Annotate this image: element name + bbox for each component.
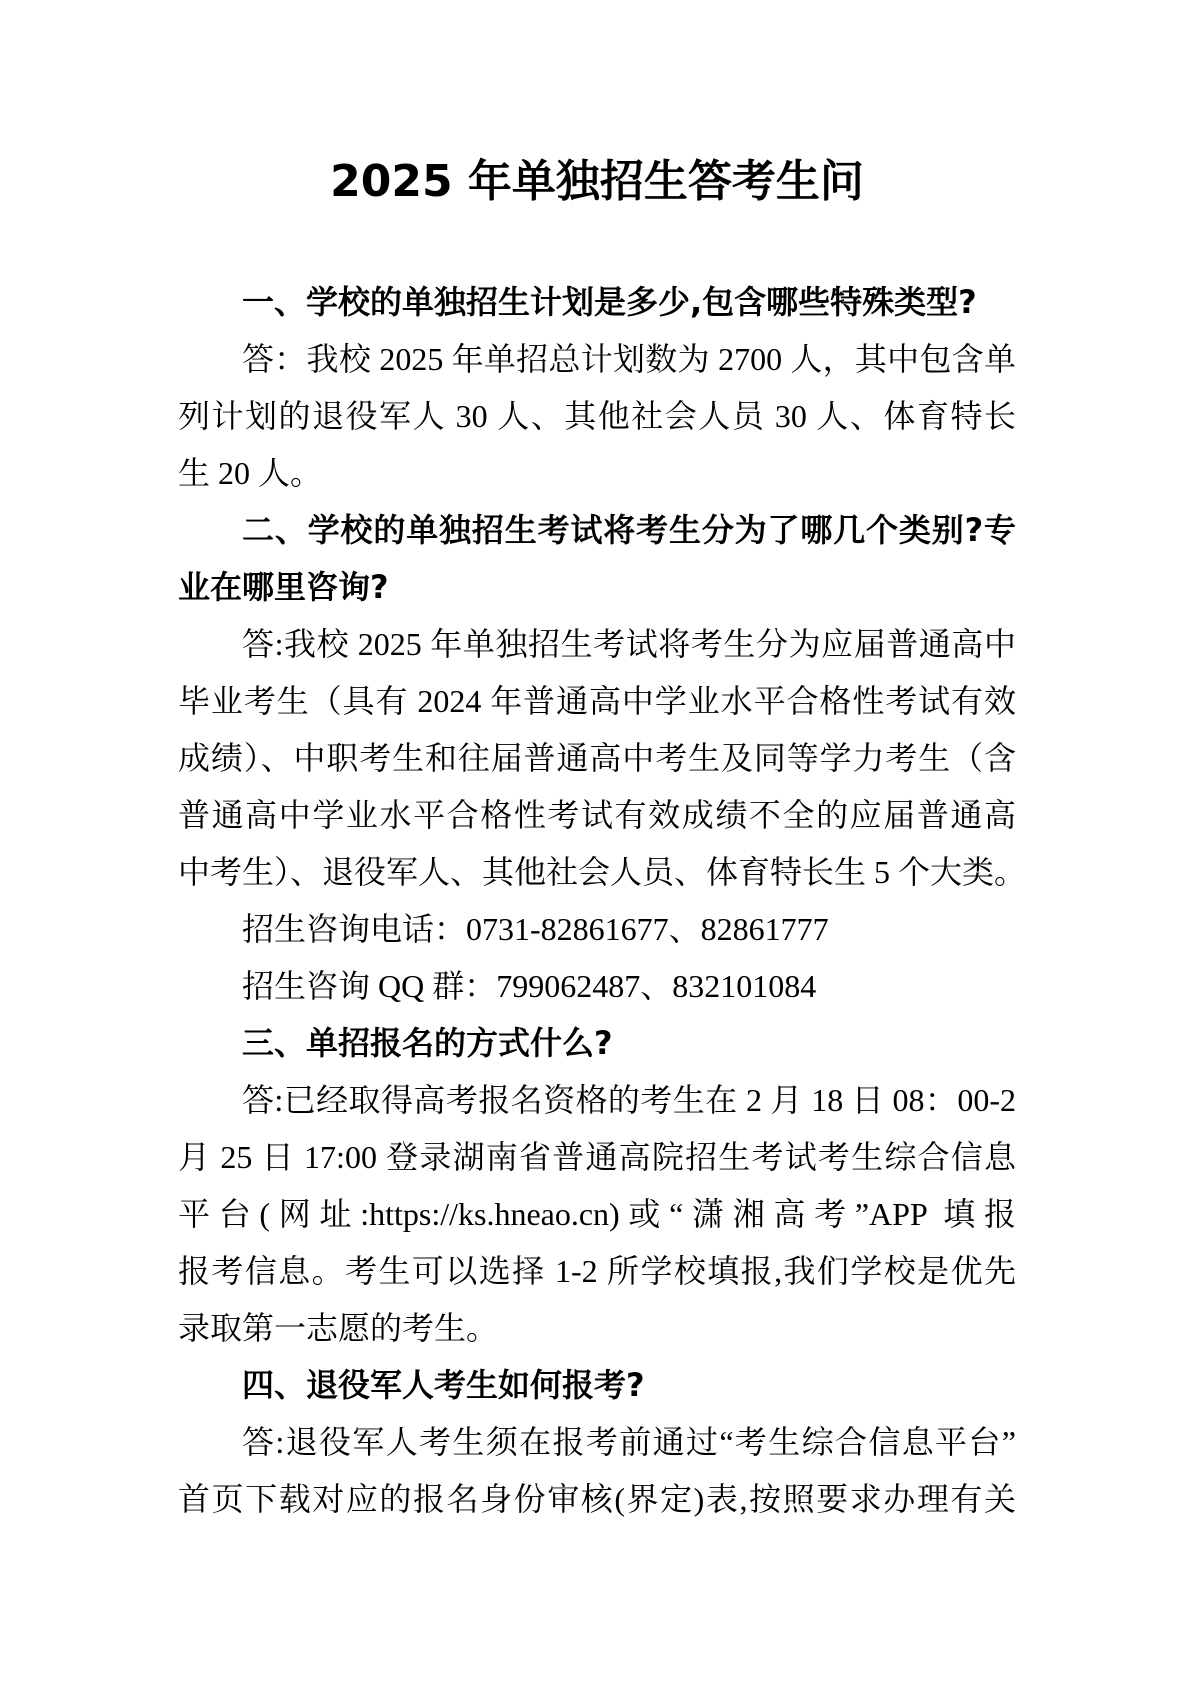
- qa-section-2: 二、学校的单独招生考试将考生分为了哪几个类别?专 业在哪里咨询? 答:我校 20…: [178, 502, 1016, 1015]
- qa-section-4: 四、退役军人考生如何报考? 答:退役军人考生须在报考前通过“考生综合信息平台” …: [178, 1357, 1016, 1528]
- document-page: 2025 年单独招生答考生问 一、学校的单独招生计划是多少,包含哪些特殊类型? …: [0, 0, 1191, 1684]
- document-content: 2025 年单独招生答考生问 一、学校的单独招生计划是多少,包含哪些特殊类型? …: [178, 0, 1016, 1528]
- answer-1-line: 列计划的退役军人 30 人、其他社会人员 30 人、体育特长: [178, 388, 1016, 445]
- question-3-heading: 三、单招报名的方式什么?: [178, 1015, 1016, 1072]
- question-4-heading: 四、退役军人考生如何报考?: [178, 1357, 1016, 1414]
- answer-3-line: 平台(网址:https://ks.hneao.cn)或“潇湘高考”APP 填报: [178, 1186, 1016, 1243]
- qa-section-3: 三、单招报名的方式什么? 答:已经取得高考报名资格的考生在 2 月 18 日 0…: [178, 1015, 1016, 1357]
- answer-4-line: 首页下载对应的报名身份审核(界定)表,按照要求办理有关: [178, 1471, 1016, 1528]
- answer-2-line: 毕业考生（具有 2024 年普通高中学业水平合格性考试有效: [178, 673, 1016, 730]
- qa-section-1: 一、学校的单独招生计划是多少,包含哪些特殊类型? 答：我校 2025 年单招总计…: [178, 274, 1016, 502]
- answer-2-line: 中考生）、退役军人、其他社会人员、体育特长生 5 个大类。: [178, 844, 1016, 901]
- contact-qq-line: 招生咨询 QQ 群：799062487、832101084: [178, 958, 1016, 1015]
- answer-2-line: 普通高中学业水平合格性考试有效成绩不全的应届普通高: [178, 787, 1016, 844]
- page-title: 2025 年单独招生答考生问: [178, 152, 1016, 212]
- question-1-heading: 一、学校的单独招生计划是多少,包含哪些特殊类型?: [178, 274, 1016, 331]
- answer-1-line: 答：我校 2025 年单招总计划数为 2700 人，其中包含单: [178, 331, 1016, 388]
- answer-3-line: 报考信息。考生可以选择 1-2 所学校填报,我们学校是优先: [178, 1243, 1016, 1300]
- answer-2-line: 成绩）、中职考生和往届普通高中考生及同等学力考生（含: [178, 730, 1016, 787]
- answer-3-line: 月 25 日 17:00 登录湖南省普通高院招生考试考生综合信息: [178, 1129, 1016, 1186]
- answer-1-line: 生 20 人。: [178, 445, 1016, 502]
- answer-3-line: 答:已经取得高考报名资格的考生在 2 月 18 日 08：00-2: [178, 1072, 1016, 1129]
- answer-3-line: 录取第一志愿的考生。: [178, 1300, 1016, 1357]
- question-2-heading: 二、学校的单独招生考试将考生分为了哪几个类别?专: [178, 502, 1016, 559]
- answer-2-line: 答:我校 2025 年单独招生考试将考生分为应届普通高中: [178, 616, 1016, 673]
- question-2-heading-continued: 业在哪里咨询?: [178, 559, 1016, 616]
- answer-4-line: 答:退役军人考生须在报考前通过“考生综合信息平台”: [178, 1414, 1016, 1471]
- contact-phone-line: 招生咨询电话：0731-82861677、82861777: [178, 901, 1016, 958]
